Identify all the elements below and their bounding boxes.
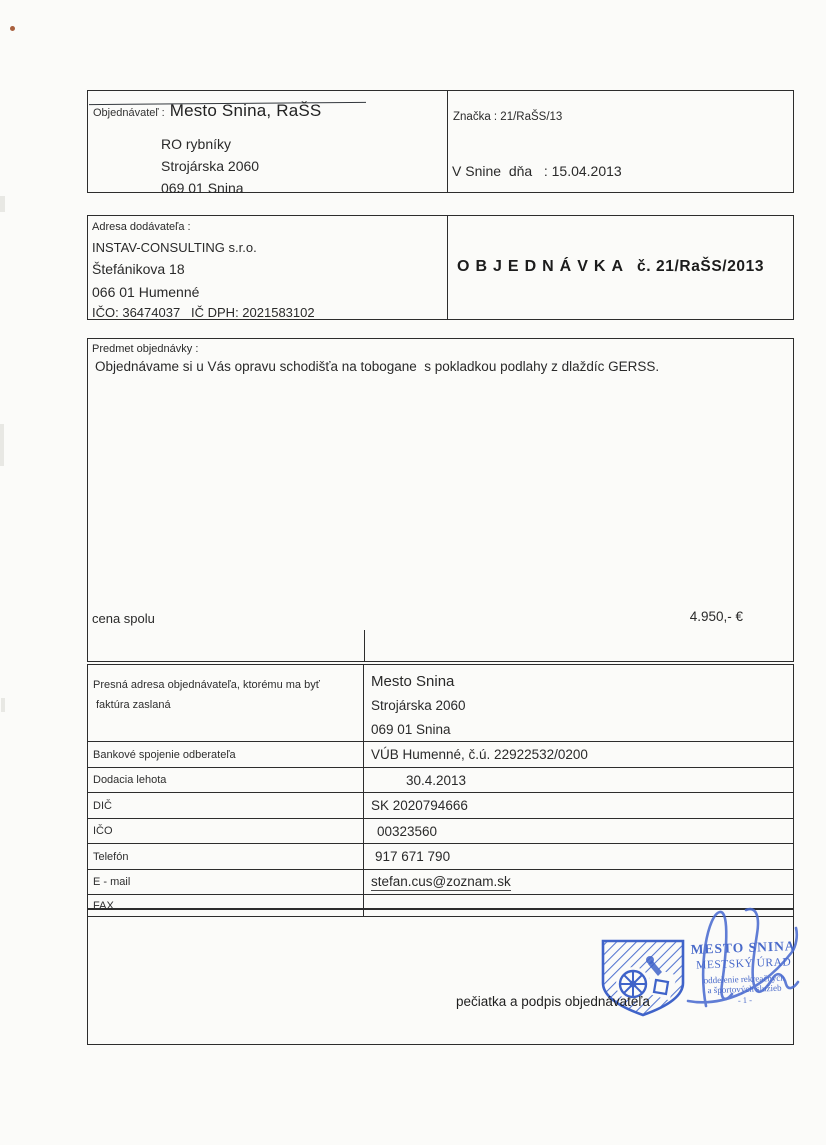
- orderer-address-line: Strojárska 2060: [161, 155, 259, 177]
- invoice-address-line: Strojárska 2060: [371, 694, 466, 718]
- invoice-address-line: Mesto Snina: [371, 669, 454, 694]
- scan-smudge: [1, 698, 5, 712]
- row-label: Dodacia lehota: [88, 768, 364, 792]
- invoice-address-line: 069 01 Snina: [371, 718, 451, 742]
- row-label: Presná adresa objednávateľa, ktorému ma …: [88, 665, 364, 741]
- supplier-name: INSTAV-CONSULTING s.r.o.: [92, 240, 257, 255]
- orderer-box: Objednávateľ : Mesto Snina, RaŠS RO rybn…: [87, 90, 794, 193]
- row-label: E - mail: [88, 870, 364, 894]
- row-label: DIČ: [88, 793, 364, 818]
- orderer-name: Mesto Snina, RaŠS: [170, 101, 322, 121]
- row-label: IČO: [88, 819, 364, 843]
- row-label-line: faktúra zaslaná: [93, 695, 363, 715]
- row-value: stefan.cus@zoznam.sk: [364, 870, 793, 894]
- phone-value: 917 671 790: [364, 844, 793, 869]
- tax-id-value: SK 2020794666: [364, 793, 793, 818]
- row-value: Mesto Snina Strojárska 2060 069 01 Snina: [364, 665, 793, 741]
- total-value: 4.950,- €: [690, 609, 743, 624]
- row-label-line: Presná adresa objednávateľa, ktorému ma …: [93, 675, 363, 695]
- email-value: stefan.cus@zoznam.sk: [371, 874, 511, 891]
- handwritten-signature: [626, 904, 806, 1019]
- table-row: DIČ SK 2020794666: [88, 792, 793, 818]
- scanned-order-document: Objednávateľ : Mesto Snina, RaŠS RO rybn…: [0, 0, 826, 1145]
- table-row: E - mail stefan.cus@zoznam.sk: [88, 869, 793, 894]
- total-label: cena spolu: [92, 611, 155, 626]
- subject-text: Objednávame si u Vás opravu schodišťa na…: [95, 359, 659, 374]
- stamp-signature-caption: pečiatka a podpis objednávateľa: [456, 994, 650, 1009]
- table-row: IČO 00323560: [88, 818, 793, 843]
- company-id-value: 00323560: [364, 819, 793, 843]
- table-row: Presná adresa objednávateľa, ktorému ma …: [88, 665, 793, 741]
- column-divider: [447, 91, 448, 192]
- bank-account-value: VÚB Humenné, č.ú. 22922532/0200: [364, 742, 793, 767]
- orderer-address-line: 069 01 Snina: [161, 177, 259, 199]
- scan-smudge: [0, 424, 4, 466]
- reference-number: Značka : 21/RaŠS/13: [453, 111, 562, 123]
- signature-box: MESTO SNINA MESTSKÝ ÚRAD oddelenie rekre…: [87, 908, 794, 1045]
- supplier-city: 066 01 Humenné: [92, 284, 199, 300]
- order-heading: OBJEDNÁVKAč. 21/RaŠS/2013: [457, 258, 764, 276]
- orderer-label: Objednávateľ :: [93, 107, 165, 119]
- order-number: č. 21/RaŠS/2013: [637, 258, 764, 275]
- scan-smudge: [0, 196, 5, 212]
- table-row: Bankové spojenie odberateľa VÚB Humenné,…: [88, 741, 793, 767]
- scan-dot-artifact: [10, 26, 15, 31]
- column-divider: [447, 216, 448, 319]
- subject-label: Predmet objednávky :: [92, 343, 198, 355]
- supplier-label: Adresa dodávateľa :: [92, 221, 191, 233]
- row-label: Telefón: [88, 844, 364, 869]
- subject-box: Predmet objednávky : Objednávame si u Vá…: [87, 338, 794, 662]
- row-label: Bankové spojenie odberateľa: [88, 742, 364, 767]
- orderer-address: RO rybníky Strojárska 2060 069 01 Snina: [161, 133, 259, 199]
- orderer-address-line: RO rybníky: [161, 133, 259, 155]
- place-and-date: V Snine dňa : 15.04.2013: [452, 163, 622, 179]
- table-row: Telefón 917 671 790: [88, 843, 793, 869]
- table-row: Dodacia lehota 30.4.2013: [88, 767, 793, 792]
- billing-details-table: Presná adresa objednávateľa, ktorému ma …: [87, 664, 794, 917]
- divider-tick: [364, 630, 365, 661]
- supplier-box: Adresa dodávateľa : INSTAV-CONSULTING s.…: [87, 215, 794, 320]
- supplier-ids: IČO: 36474037 IČ DPH: 2021583102: [92, 305, 315, 320]
- supplier-street: Štefánikova 18: [92, 261, 185, 277]
- delivery-date-value: 30.4.2013: [364, 768, 793, 792]
- order-title: OBJEDNÁVKA: [457, 258, 629, 275]
